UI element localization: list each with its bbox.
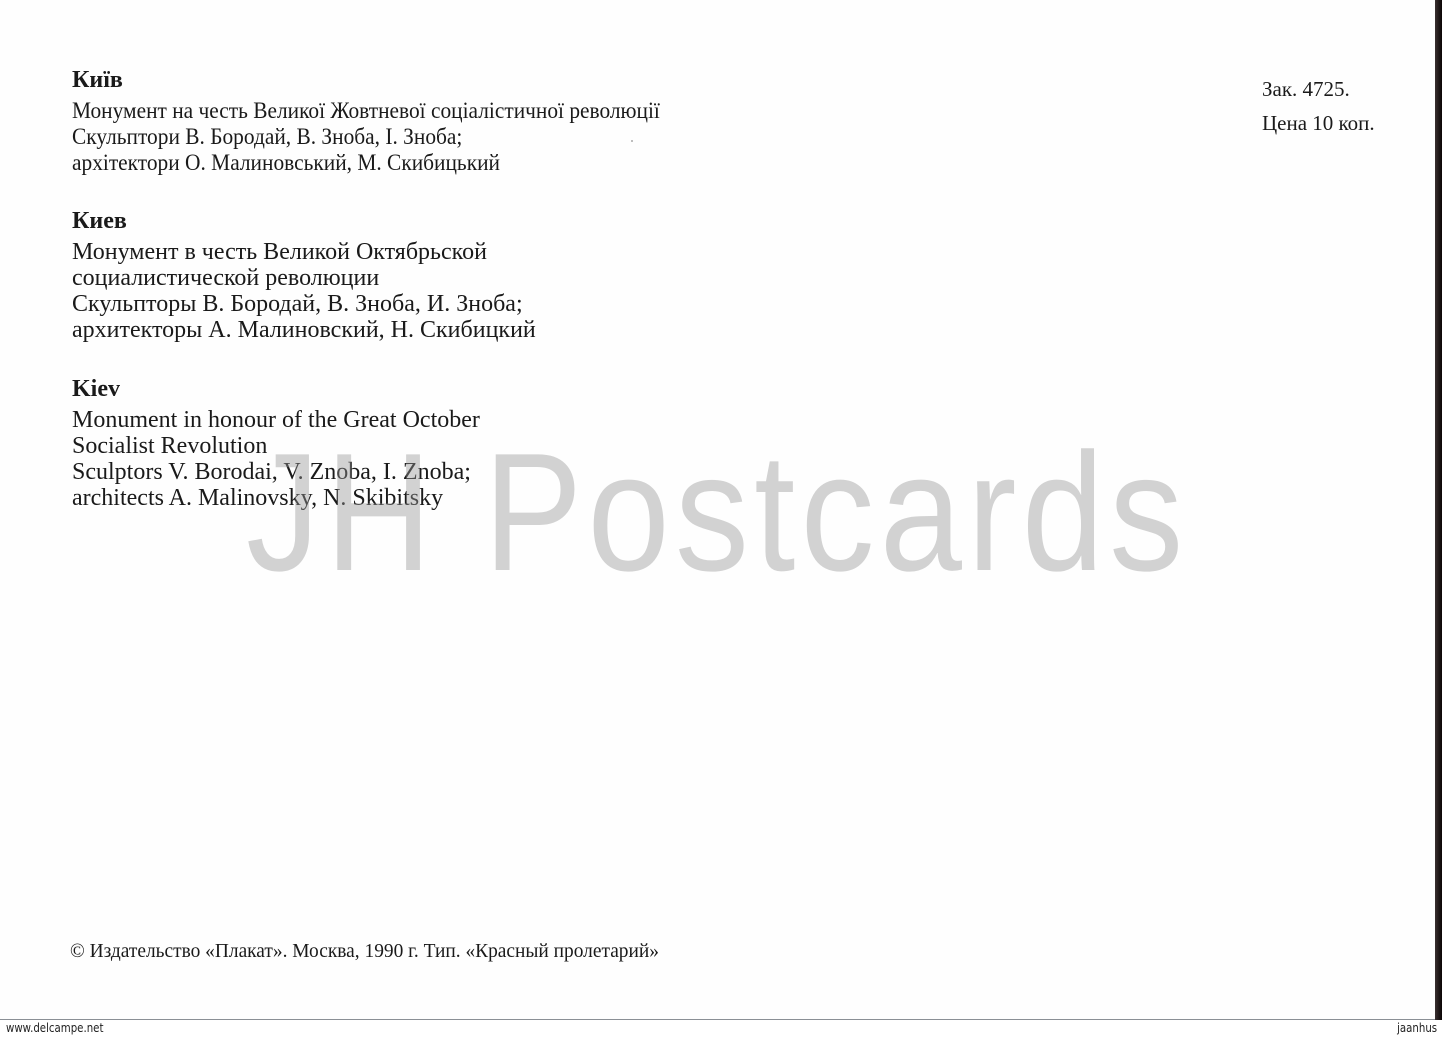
english-line: Monument in honour of the Great October [72, 407, 480, 433]
order-number: Зак. 4725. [1262, 72, 1375, 106]
postcard-back: Київ Монумент на честь Великої Жовтневої… [0, 0, 1438, 1022]
russian-line: социалистической революции [72, 265, 536, 291]
ukrainian-line: Скульптори В. Бородай, В. Зноба, І. Зноб… [72, 124, 660, 150]
english-line: Sculptors V. Borodai, V. Znoba, I. Znoba… [72, 459, 480, 485]
price: Цена 10 коп. [1262, 106, 1375, 140]
site-footer: www.delcampe.net jaanhus [0, 1020, 1445, 1037]
english-line: architects A. Malinovsky, N. Skibitsky [72, 485, 480, 511]
russian-line: Скульпторы В. Бородай, В. Зноба, И. Зноб… [72, 291, 536, 317]
english-caption: Kiev Monument in honour of the Great Oct… [72, 375, 480, 511]
russian-line: Монумент в честь Великой Октябрьской [72, 239, 536, 265]
print-info: Зак. 4725. Цена 10 коп. [1262, 72, 1375, 140]
ukrainian-line: Монумент на честь Великої Жовтневої соці… [72, 98, 660, 124]
russian-city-heading: Киев [72, 207, 536, 235]
card-edge-shadow [1435, 0, 1442, 1022]
russian-line: архитекторы А. Малиновский, Н. Скибицкий [72, 317, 536, 343]
seller-name[interactable]: jaanhus [1397, 1021, 1437, 1035]
ukrainian-caption: Київ Монумент на честь Великої Жовтневої… [72, 66, 704, 176]
site-link[interactable]: www.delcampe.net [6, 1021, 103, 1035]
russian-caption: Киев Монумент в честь Великой Октябрьско… [72, 207, 536, 343]
print-speck [631, 140, 633, 142]
ukrainian-line: архітектори О. Малиновський, М. Скибицьк… [72, 150, 660, 176]
publisher-credit: © Издательство «Плакат». Москва, 1990 г.… [70, 940, 659, 963]
english-line: Socialist Revolution [72, 433, 480, 459]
english-city-heading: Kiev [72, 375, 480, 403]
ukrainian-city-heading: Київ [72, 66, 704, 94]
